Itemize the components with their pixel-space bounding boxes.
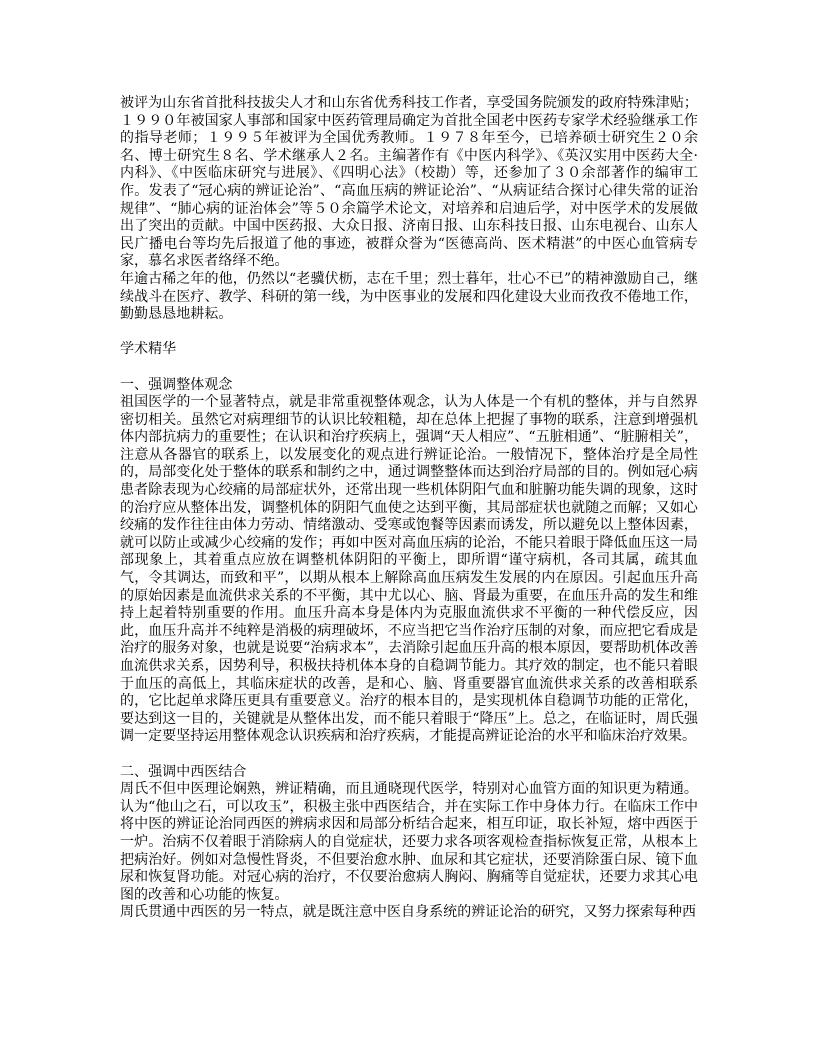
paragraph: 周氏不但中医理论娴熟，辨证精确，而且通晓现代医学，特别对心血管方面的知识更为精通… bbox=[120, 781, 698, 904]
section-heading: 学术精华 bbox=[120, 341, 698, 359]
section-heading: 一、强调整体观念 bbox=[120, 377, 698, 395]
paragraph: 年逾古稀之年的他，仍然以“老骥伏枥，志在千里；烈士暮年，壮心不已”的精神激励自己… bbox=[120, 271, 698, 324]
section-heading: 二、强调中西医结合 bbox=[120, 764, 698, 782]
spacer bbox=[120, 359, 698, 377]
document-page: 被评为山东省首批科技拔尖人才和山东省优秀科技工作者，享受国务院颁发的政府特殊津贴… bbox=[0, 0, 816, 1056]
document-blocks: 被评为山东省首批科技拔尖人才和山东省优秀科技工作者，享受国务院颁发的政府特殊津贴… bbox=[120, 95, 698, 922]
spacer bbox=[120, 324, 698, 342]
paragraph: 祖国医学的一个显著特点，就是非常重视整体观念，认为人体是一个有机的整体，并与自然… bbox=[120, 394, 698, 746]
spacer bbox=[120, 746, 698, 764]
paragraph: 被评为山东省首批科技拔尖人才和山东省优秀科技工作者，享受国务院颁发的政府特殊津贴… bbox=[120, 95, 698, 271]
paragraph: 周氏贯通中西医的另一特点，就是既注意中医自身系统的辨证论治的研究，又努力探索每种… bbox=[120, 904, 698, 922]
